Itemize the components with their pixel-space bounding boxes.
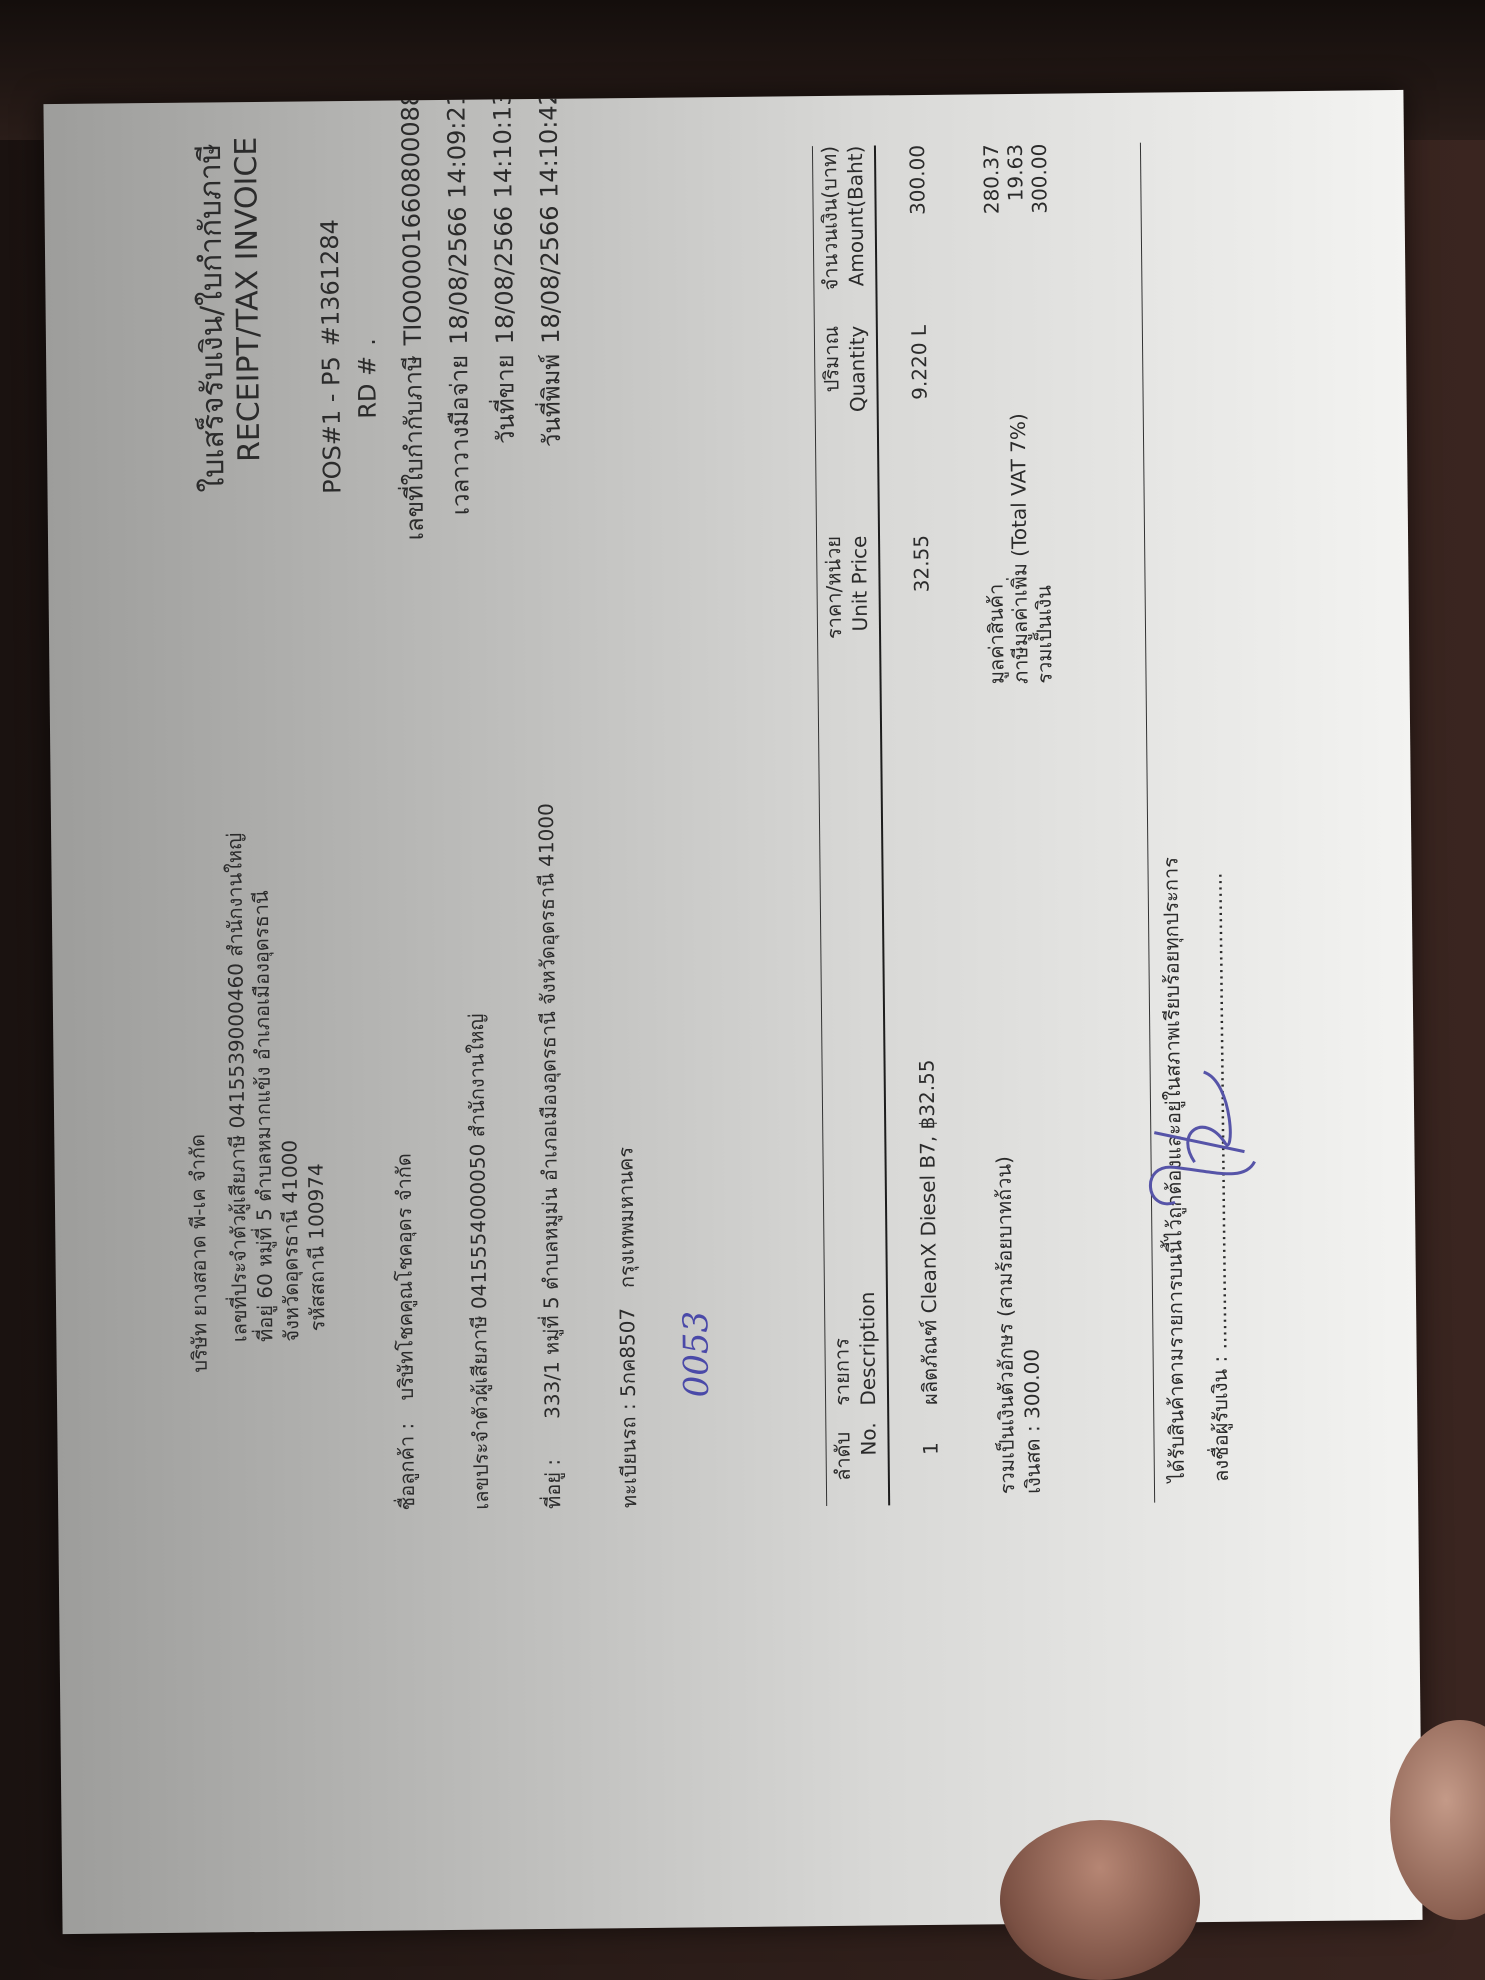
row-no: 1 bbox=[917, 1442, 943, 1455]
customer-address: 333/1 หมู่ที่ 5 ตำบลหมูม่น อำเภอเมืองอุด… bbox=[532, 803, 564, 1419]
col-no-en: No. bbox=[855, 1422, 881, 1455]
subtotal-label: มูลค่าสินค้า bbox=[982, 584, 1009, 685]
handwritten-number: 0053 bbox=[676, 1311, 717, 1398]
meta-row-print-date: วันที่พิมพ์ 18/08/2566 14:10:42 bbox=[533, 149, 583, 509]
seller-address-2: จังหวัดอุดรธานี 41000 bbox=[276, 1140, 304, 1342]
payment-cash: เงินสด : 300.00 bbox=[1018, 1349, 1046, 1494]
seller-station-code: รหัสสถานี 100974 bbox=[302, 1163, 330, 1331]
invoice-meta: POS#1 - P5 #1361284 RD # . เลขที่ใบกำกับ… bbox=[313, 149, 583, 512]
license-plate: ทะเบียนรถ : 5กค8507 bbox=[614, 1308, 642, 1509]
tax-invoice: บริษัท ยางสอาด พี-เค จำกัด เลขที่ประจำตั… bbox=[43, 90, 1422, 1934]
vat-label: ภาษีมูลค่าเพิ่ม (Total VAT 7%) bbox=[1004, 413, 1033, 684]
col-description-en: Description bbox=[853, 1292, 880, 1406]
customer-tax-id: เลขประจำตัวผู้เสียภาษี 0415554000050 สำน… bbox=[463, 1013, 494, 1509]
plate-province: กรุงเทพมหานคร bbox=[612, 1147, 639, 1288]
meta-row-payment-time: เวลาวางมือจ่าย 18/08/2566 14:09:21 bbox=[441, 150, 491, 510]
col-amount-th: จำนวนเงิน(บาท) bbox=[815, 146, 843, 326]
col-unit-price-en: Unit Price bbox=[846, 536, 874, 706]
row-amount: 300.00 bbox=[903, 145, 931, 325]
row-unit-price: 32.55 bbox=[908, 535, 936, 705]
meta-row-rd: RD # . bbox=[349, 150, 399, 510]
meta-row-pos: POS#1 - P5 #1361284 bbox=[313, 151, 353, 511]
meta-row-tax-invoice-no: เลขที่ใบกำกับภาษี TIO00001660800088O bbox=[395, 150, 445, 510]
signature-scribble-icon bbox=[1133, 1051, 1265, 1222]
table-row: 1 ผลิตภัณฑ์ CleanX Diesel B7, ฿32.55 32.… bbox=[43, 104, 62, 1934]
seller-name: บริษัท ยางสอาด พี-เค จำกัด bbox=[184, 1134, 212, 1373]
row-quantity: 9.220 L bbox=[905, 325, 932, 465]
amount-in-words: รวมเป็นเงินตัวอักษร (สามร้อยบาทถ้วน) bbox=[990, 1156, 1020, 1494]
col-quantity-th: ปริมาณ bbox=[817, 326, 844, 466]
col-no-th: ลำดับ bbox=[829, 1432, 856, 1481]
customer-name: บริษัทโชคคูณโชคอุดร จำกัด bbox=[390, 1153, 419, 1401]
footer-rule bbox=[1139, 143, 1154, 1503]
meta-row-sale-date: วันที่ขาย 18/08/2566 14:10:13 bbox=[487, 149, 537, 509]
customer-address-label: ที่อยู่ : bbox=[539, 1459, 566, 1509]
row-description: ผลิตภัณฑ์ CleanX Diesel B7, ฿32.55 bbox=[913, 1059, 943, 1405]
total-value: 300.00 bbox=[1025, 144, 1053, 324]
seller-address-1: ที่อยู่ 60 หมู่ที่ 5 ตำบลหมากแข้ง อำเภอเ… bbox=[247, 890, 278, 1342]
col-amount-en: Amount(Baht) bbox=[841, 146, 869, 326]
col-quantity-en: Quantity bbox=[843, 326, 870, 466]
receipt-paper: บริษัท ยางสอาด พี-เค จำกัด เลขที่ประจำตั… bbox=[43, 90, 1422, 1934]
finger-bottom bbox=[1000, 1820, 1200, 1980]
title-thai: ใบเสร็จรับเงิน/ใบกำกับภาษี bbox=[193, 143, 231, 492]
vat-value: 19.63 bbox=[1001, 144, 1029, 324]
customer-name-label: ชื่อลูกค้า : bbox=[393, 1423, 420, 1511]
subtotal-value: 280.37 bbox=[977, 144, 1005, 324]
col-unit-price-th: ราคา/หน่วย bbox=[820, 536, 848, 706]
total-label: รวมเป็นเงิน bbox=[1030, 585, 1057, 684]
col-description-th: รายการ bbox=[828, 1338, 855, 1406]
title-english: RECEIPT/TAX INVOICE bbox=[229, 137, 266, 463]
